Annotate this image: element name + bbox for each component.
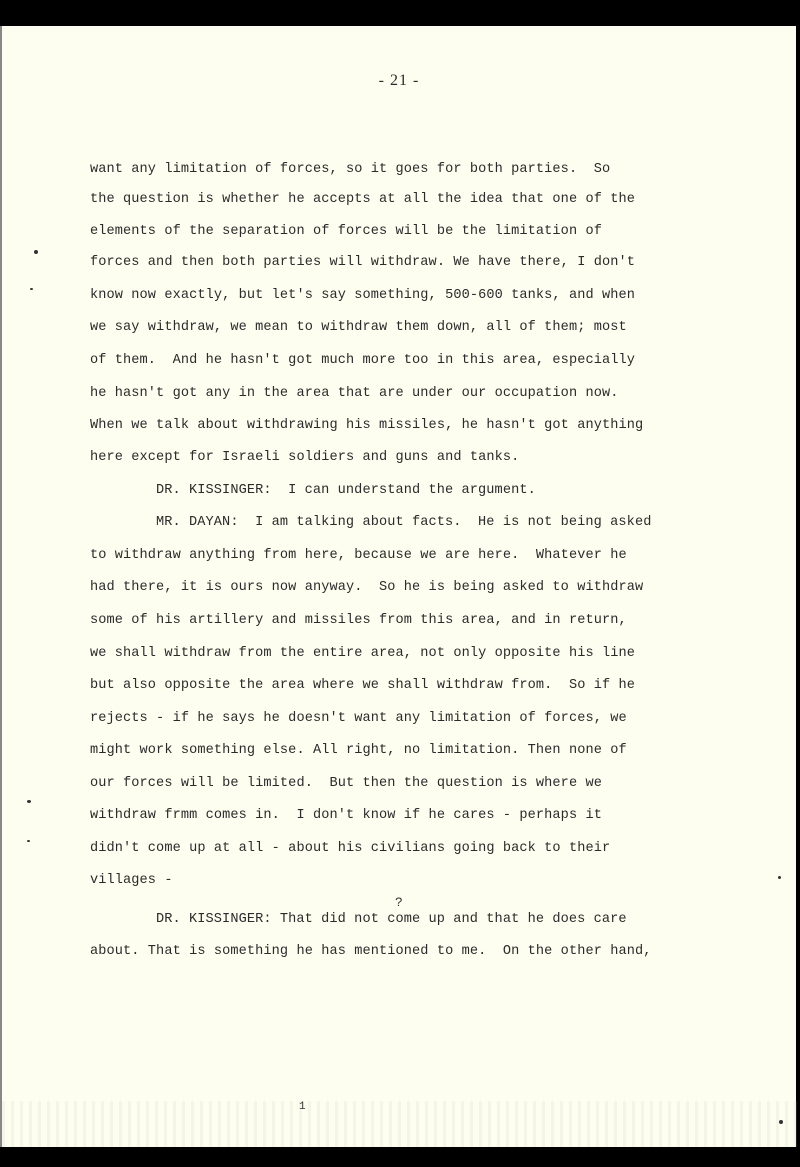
text-line: our forces will be limited. But then the… [90, 776, 602, 791]
text-line: withdraw frmm comes in. I don't know if … [90, 808, 602, 823]
speaker-line-dayan: MR. DAYAN: I am talking about facts. He … [156, 515, 651, 530]
text-line: the question is whether he accepts at al… [90, 192, 635, 207]
text-line: but also opposite the area where we shal… [90, 678, 635, 693]
text-line: he hasn't got any in the area that are u… [90, 386, 618, 401]
text-line: want any limitation of forces, so it goe… [90, 162, 610, 177]
text-line: we shall withdraw from the entire area, … [90, 646, 635, 661]
text-line: some of his artillery and missiles from … [90, 613, 627, 628]
text-line: elements of the separation of forces wil… [90, 224, 602, 239]
scan-speck [30, 288, 33, 290]
text-line: had there, it is ours now anyway. So he … [90, 580, 643, 595]
footer-mark: 1 [299, 1101, 306, 1113]
text-line: might work something else. All right, no… [90, 743, 627, 758]
text-line: rejects - if he says he doesn't want any… [90, 711, 627, 726]
text-line: didn't come up at all - about his civili… [90, 841, 610, 856]
scan-speck [27, 800, 31, 803]
text-line: about. That is something he has mentione… [90, 944, 652, 959]
speaker-line-kissinger: DR. KISSINGER: That did not come up and … [156, 912, 627, 927]
text-line: here except for Israeli soldiers and gun… [90, 450, 519, 465]
text-line: forces and then both parties will withdr… [90, 255, 635, 270]
text-line: When we talk about withdrawing his missi… [90, 418, 643, 433]
scan-speck [27, 840, 30, 842]
page-number: - 21 - [2, 72, 796, 90]
text-line: we say withdraw, we mean to withdraw the… [90, 320, 627, 335]
handwritten-question-mark: ? [395, 895, 403, 910]
text-line: of them. And he hasn't got much more too… [90, 353, 635, 368]
text-line: villages - [90, 873, 173, 888]
scan-speck [778, 876, 781, 879]
document-page: - 21 - want any limitation of forces, so… [0, 26, 796, 1147]
speaker-line-kissinger: DR. KISSINGER: I can understand the argu… [156, 483, 536, 498]
scan-speck [34, 250, 38, 254]
text-line: know now exactly, but let's say somethin… [90, 288, 635, 303]
scan-noise [2, 1101, 798, 1147]
text-line: to withdraw anything from here, because … [90, 548, 627, 563]
scan-speck [779, 1120, 783, 1124]
